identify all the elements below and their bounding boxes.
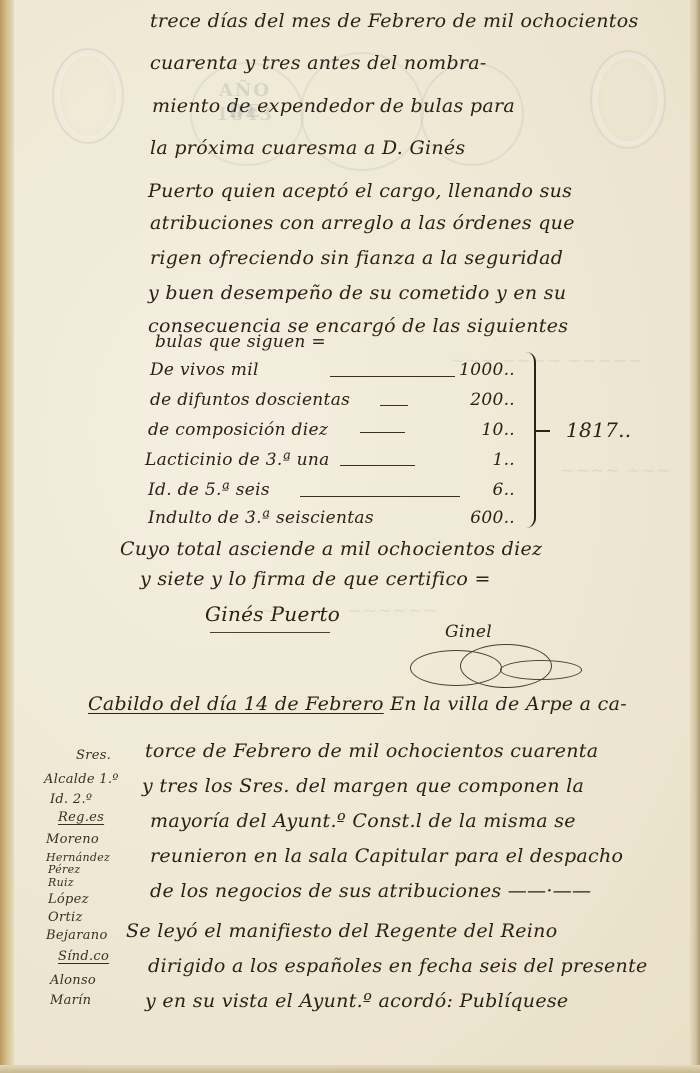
text-line: trece días del mes de Febrero de mil och… [150, 10, 639, 32]
ledger-leader-line [330, 376, 455, 377]
ledger-leader-line [380, 405, 408, 406]
page-bottom-edge [0, 1065, 700, 1073]
signature-underline [210, 632, 330, 633]
signature-rubric: Ginel [445, 622, 492, 642]
ledger-label: Id. de 5.ª seis [148, 480, 270, 500]
ledger-value: 10.. [455, 420, 515, 440]
text-line: y en su vista el Ayunt.º acordó: Publíqu… [145, 990, 568, 1012]
embossed-seal-left [52, 48, 124, 144]
margin-name: Alcalde 1.º [44, 772, 119, 787]
margin-name: Id. 2.º [50, 792, 92, 807]
margin-name: Moreno [46, 832, 99, 847]
ledger-value: 1000.. [455, 360, 515, 380]
text-line: y siete y lo firma de que certifico = [140, 568, 491, 590]
text-line: cuarenta y tres antes del nombra- [150, 52, 487, 74]
ledger-leader-line [360, 432, 405, 433]
ledger-value: 6.. [455, 480, 515, 500]
margin-name: Marín [50, 993, 91, 1008]
ledger-value: 1.. [455, 450, 515, 470]
margin-name: Ruiz [48, 876, 74, 889]
text-line: Se leyó el manifiesto del Regente del Re… [126, 920, 557, 942]
text-line: de los negocios de sus atribuciones ——·—… [150, 880, 591, 902]
text-line: bulas que siguen = [155, 332, 326, 352]
margin-name: Reg.es [58, 810, 104, 825]
ledger-brace [520, 352, 536, 528]
text-line: y buen desempeño de su cometido y en su [148, 282, 566, 304]
text-line: miento de expendedor de bulas para [152, 95, 515, 117]
margin-name: Bejarano [46, 928, 108, 943]
ledger-leader-line [300, 496, 460, 497]
ledger-label: Lacticinio de 3.ª una [145, 450, 330, 470]
signature-flourish [500, 660, 582, 680]
text-line: atribuciones con arreglo a las órdenes q… [150, 212, 575, 234]
margin-name: Sres. [76, 748, 111, 763]
text-line: la próxima cuaresma a D. Ginés [150, 137, 465, 159]
ledger-total: 1817.. [566, 418, 631, 442]
text-line: dirigido a los españoles en fecha seis d… [148, 955, 648, 977]
ledger-label: De vivos mil [150, 360, 259, 380]
bleed-through-text: ~~~~ ~~~ [560, 460, 671, 481]
session-heading-title: Cabildo del día 14 de Febrero [88, 693, 384, 715]
session-heading: Cabildo del día 14 de Febrero En la vill… [88, 693, 627, 715]
session-heading-rest: En la villa de Arpe a ca- [390, 693, 627, 715]
text-line: torce de Febrero de mil ochocientos cuar… [145, 740, 598, 762]
text-line: reunieron en la sala Capitular para el d… [150, 845, 623, 867]
page-binding-edge [0, 0, 14, 1073]
text-line: y tres los Sres. del margen que componen… [142, 775, 584, 797]
manuscript-page: AÑO DE 1843 ~~~ ~~~~ ~~~~~ ~~~~ ~~~ ~~~~… [0, 0, 700, 1073]
page-right-edge [690, 0, 700, 1073]
ledger-brace-point [534, 430, 550, 432]
margin-name: López [48, 892, 89, 907]
ledger-label: Indulto de 3.ª seiscientas [148, 508, 374, 528]
ledger-label: de composición diez [148, 420, 328, 440]
ledger-label: de difuntos doscientas [150, 390, 350, 410]
signature-gines-puerto: Ginés Puerto [205, 602, 340, 626]
margin-name: Sínd.co [58, 949, 109, 964]
text-line: Cuyo total asciende a mil ochocientos di… [120, 538, 542, 560]
text-line: mayoría del Ayunt.º Const.l de la misma … [150, 810, 576, 832]
ledger-value: 600.. [455, 508, 515, 528]
embossed-seal-right [590, 50, 666, 149]
margin-name: Ortiz [48, 910, 83, 925]
ledger-leader-line [340, 465, 415, 466]
ledger-value: 200.. [455, 390, 515, 410]
margin-name: Pérez [48, 863, 80, 876]
text-line: Puerto quien aceptó el cargo, llenando s… [148, 180, 572, 202]
margin-name: Alonso [50, 973, 96, 988]
text-line: rigen ofreciendo sin fianza a la segurid… [150, 247, 563, 269]
